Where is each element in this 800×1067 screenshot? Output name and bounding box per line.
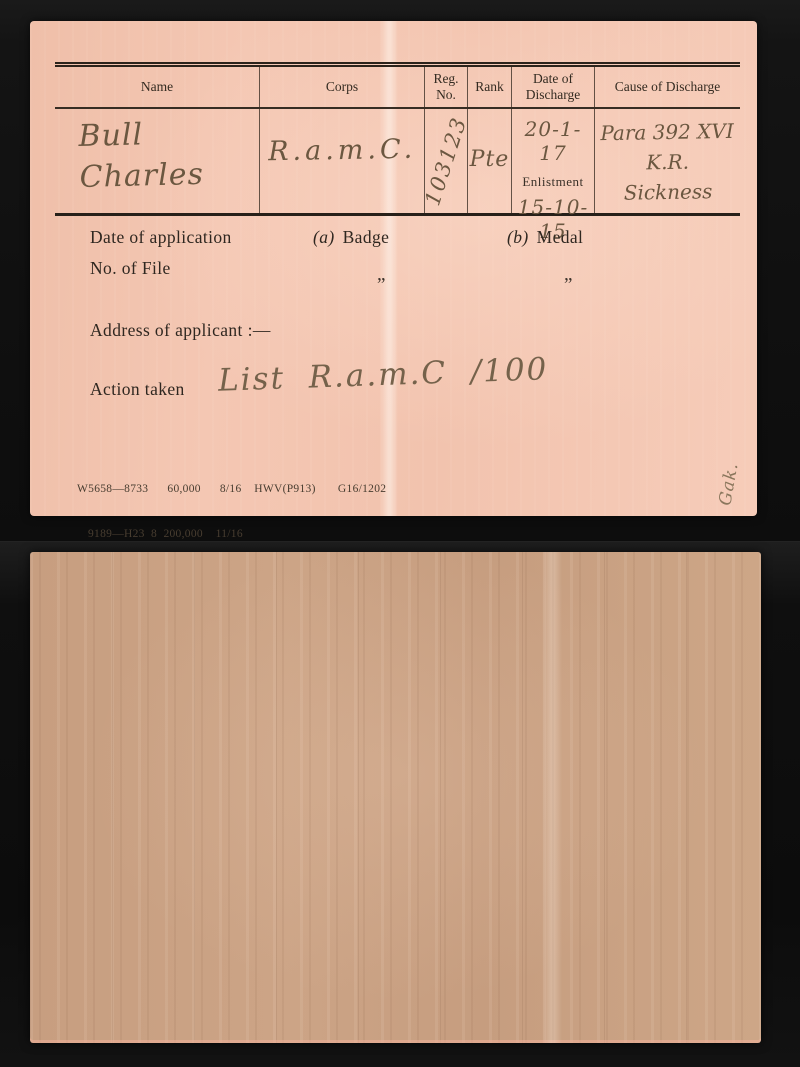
reg-no-value: 103123 (420, 114, 471, 209)
corps-cell: R.a.m.C. (260, 109, 425, 213)
document-scan: { "front": { "table": { "col_name": "Nam… (0, 0, 800, 1067)
table-header-row: Name Corps Reg. No. Rank Date of Dischar… (55, 67, 740, 109)
rank-cell: Pte (468, 109, 512, 213)
address-of-applicant-label: Address of applicant :— (90, 320, 271, 341)
medal-index: (b) (507, 227, 529, 247)
col-header-corps: Corps (260, 67, 425, 107)
record-card-front: Name Corps Reg. No. Rank Date of Dischar… (30, 21, 757, 516)
date-of-application-label: Date of application (90, 227, 232, 248)
col-header-name: Name (55, 67, 260, 107)
print-code-line2: 9189—H23 8 200,000 11/16 (88, 527, 386, 542)
name-value: Bull Charles (54, 107, 260, 199)
table-data-row: Bull Charles R.a.m.C. 103123 Pte 20-1-17… (55, 109, 740, 213)
reg-no-cell: 103123 (425, 109, 468, 213)
record-card-back (30, 552, 761, 1043)
col-header-cause: Cause of Discharge (595, 67, 740, 107)
corps-value: R.a.m.C. (260, 108, 425, 168)
discharge-cell: 20-1-17 Enlistment 15-10-15 (512, 109, 595, 213)
action-taken-label: Action taken (90, 379, 185, 400)
print-code-line1: W5658—8733 60,000 8/16 HWV(P913) G16/120… (77, 482, 386, 497)
medal-label: (b)Medal (507, 227, 583, 248)
action-taken-value: List R.a.m.C /100 (217, 351, 548, 399)
badge-label: (a)Badge (313, 227, 389, 248)
col-header-discharge: Date of Discharge (512, 67, 595, 107)
cause-value: Para 392 XVI K.R. Sickness (594, 108, 741, 209)
enlistment-label: Enlistment (512, 174, 594, 190)
name-cell: Bull Charles (55, 109, 260, 213)
badge-index: (a) (313, 227, 335, 247)
no-of-file-label: No. of File (90, 258, 171, 279)
medal-label-text: Medal (537, 227, 584, 247)
discharge-date-value: 20-1-17 (512, 117, 594, 165)
fold-crease (542, 552, 562, 1043)
rank-value: Pte (468, 109, 511, 172)
medal-ditto-mark: „ (564, 264, 572, 286)
badge-ditto-mark: „ (377, 264, 385, 286)
margin-note: Gak. (688, 443, 769, 524)
discharge-table: Name Corps Reg. No. Rank Date of Dischar… (55, 62, 740, 216)
col-header-reg-no: Reg. No. (425, 67, 468, 107)
cause-cell: Para 392 XVI K.R. Sickness (595, 109, 740, 213)
badge-label-text: Badge (343, 227, 390, 247)
col-header-rank: Rank (468, 67, 512, 107)
